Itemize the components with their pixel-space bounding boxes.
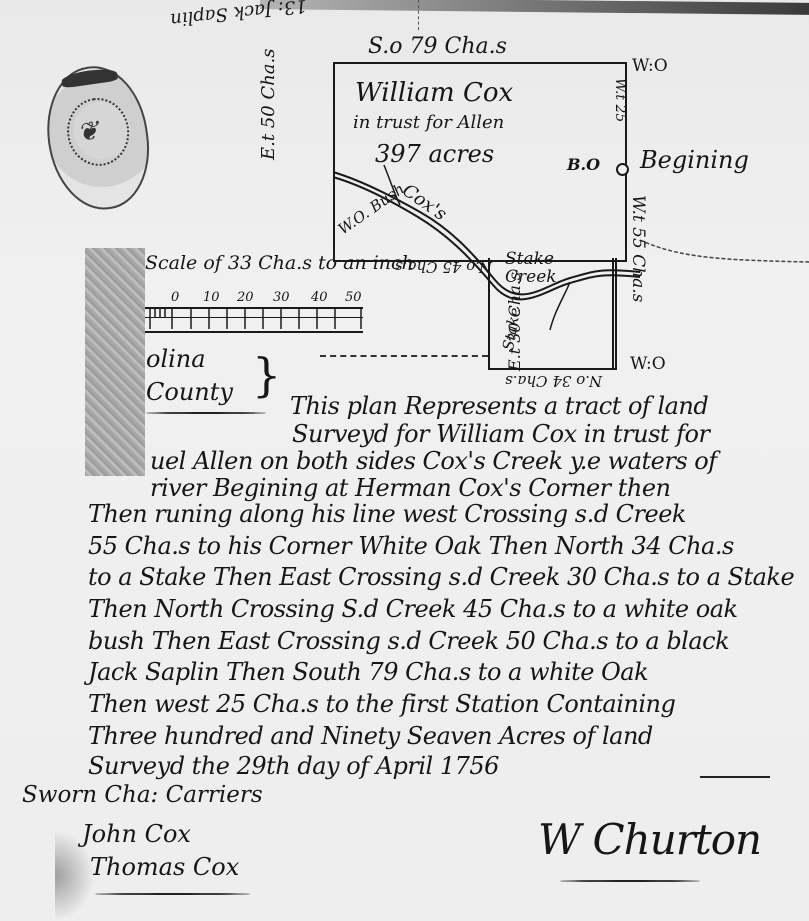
county-name: County <box>146 378 233 406</box>
description-line: river Begining at Herman Cox's Corner th… <box>150 474 671 502</box>
dotted-guide-line <box>320 355 488 357</box>
chain-carrier-name: Thomas Cox <box>90 853 239 881</box>
scale-tick-10: 10 <box>203 290 220 305</box>
dash-flourish <box>700 776 770 778</box>
province-name: olina <box>146 345 206 373</box>
description-line: Jack Saplin Then South 79 Cha.s to a whi… <box>88 658 648 686</box>
description-line: to a Stake Then East Crossing s.d Creek … <box>88 563 794 591</box>
flourish <box>95 893 250 895</box>
beginning-label: Begining <box>640 146 749 174</box>
description-line: 55 Cha.s to his Corner White Oak Then No… <box>88 532 734 560</box>
bottom-bearing: N.o 34 Cha.s <box>505 372 602 390</box>
corner-bottom-right: W:O <box>630 354 666 374</box>
description-line: Then North Crossing S.d Creek 45 Cha.s t… <box>88 595 738 623</box>
scale-tick-0: 0 <box>171 290 179 305</box>
tract-acreage: 397 acres <box>375 140 494 168</box>
chain-carriers-heading: Sworn Cha: Carriers <box>22 782 263 808</box>
description-line: Then runing along his line west Crossing… <box>88 500 686 528</box>
scale-bar-icon <box>145 307 363 333</box>
surveyor-signature: W Churton <box>538 815 761 864</box>
tract-owner-name: William Cox <box>355 78 513 108</box>
corner-top-right: W:O <box>632 56 668 76</box>
scale-tick-40: 40 <box>311 290 328 305</box>
scale-caption: Scale of 33 Cha.s to an inch <box>145 252 414 274</box>
description-line: Three hundred and Ninety Seaven Acres of… <box>88 722 653 750</box>
scale-tick-30: 30 <box>273 290 290 305</box>
description-line: uel Allen on both sides Cox's Creek y.e … <box>150 447 717 475</box>
west-bearing: E.t 50 Cha.s <box>258 49 279 161</box>
flourish <box>146 412 266 414</box>
right-bearing-upper: W.t 25 <box>612 78 628 122</box>
description-line: This plan Represents a tract of land <box>290 392 708 420</box>
description-line: bush Then East Crossing s.d Creek 50 Cha… <box>88 627 729 655</box>
chain-carrier-name: John Cox <box>82 820 191 848</box>
description-line: Surveyd the 29th day of April 1756 <box>88 752 499 780</box>
scale-tick-50: 50 <box>345 290 362 305</box>
document-page: ❦ 13: Jack Saplin S.o 79 Cha.s William C… <box>0 0 809 921</box>
right-bearing-lower: W.t 55 Cha.s <box>628 195 648 302</box>
description-line: Then west 25 Cha.s to the first Station … <box>88 690 675 718</box>
description-line: Surveyd for William Cox in trust for <box>292 420 709 448</box>
tract-trust-note: in trust for Allen <box>353 112 504 133</box>
scale-tick-20: 20 <box>237 290 254 305</box>
brace-icon: } <box>252 348 281 402</box>
begin-marker-label: B.O <box>567 155 600 174</box>
signature-flourish <box>560 880 700 882</box>
